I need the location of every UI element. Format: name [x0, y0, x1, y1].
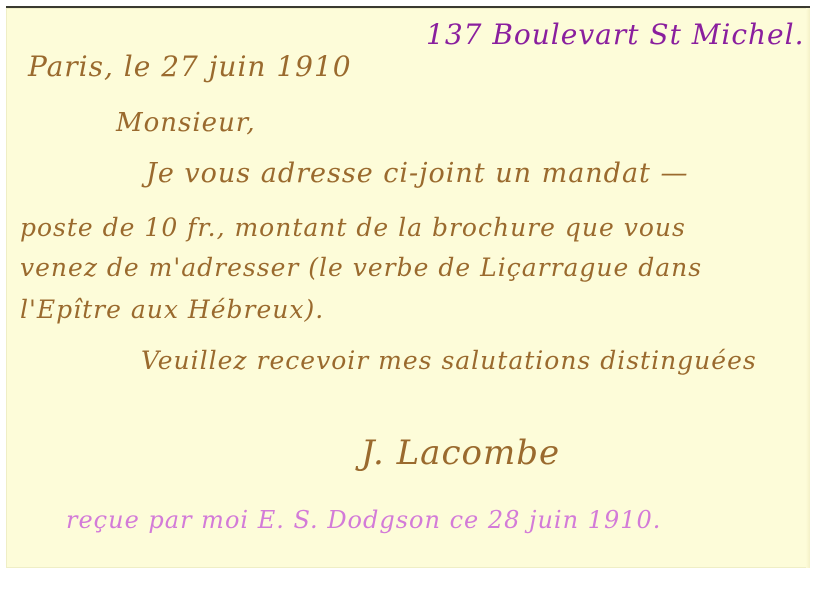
address: 137 Boulevart St Michel.: [426, 18, 804, 51]
place-date: Paris, le 27 juin 1910: [28, 50, 352, 83]
letter-card: Paris, le 27 juin 1910 137 Boulevart St …: [6, 6, 810, 568]
closing: Veuillez recevoir mes salutations distin…: [141, 346, 757, 375]
body-line-2: poste de 10 fr., montant de la brochure …: [20, 213, 686, 242]
signature: J. Lacombe: [361, 433, 560, 473]
body-line-3: venez de m'adresser (le verbe de Liçarra…: [20, 253, 702, 282]
body-line-4: l'Epître aux Hébreux).: [20, 295, 324, 324]
body-line-1: Je vous adresse ci-joint un mandat —: [146, 158, 689, 189]
salutation: Monsieur,: [116, 108, 256, 138]
receipt-annotation: reçue par moi E. S. Dodgson ce 28 juin 1…: [66, 506, 661, 534]
